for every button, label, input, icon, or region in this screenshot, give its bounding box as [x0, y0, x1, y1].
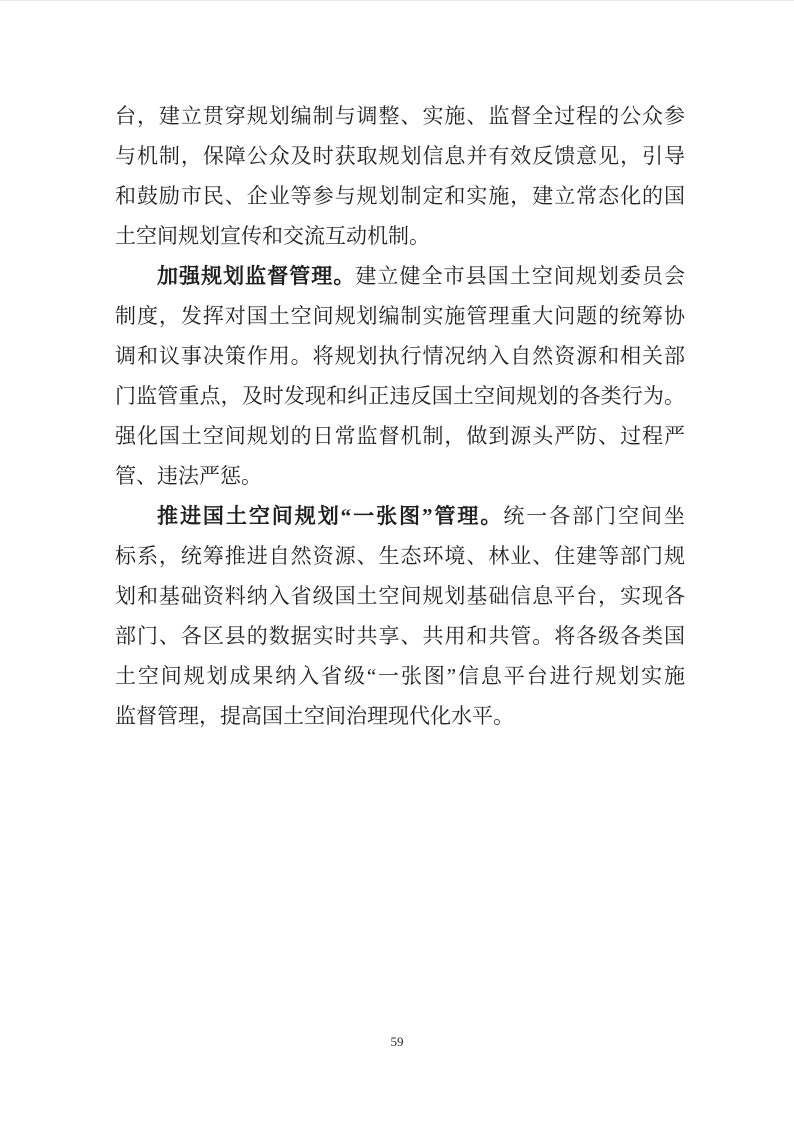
text-line: 监督管理，提高国土空间治理现代化水平。: [115, 696, 685, 736]
text-segment: 部门、各区县的数据实时共享、共用和共管。将各级各类国: [115, 624, 685, 648]
text-segment: 调和议事决策作用。将规划执行情况纳入自然资源和相关部: [115, 344, 685, 368]
text-segment: 与机制，保障公众及时获取规划信息并有效反馈意见，引导: [115, 144, 685, 168]
text-segment: 监督管理，提高国土空间治理现代化水平。: [115, 704, 514, 728]
text-segment: 土空间规划宣传和交流互动机制。: [115, 224, 430, 248]
text-line: 土空间规划宣传和交流互动机制。: [115, 216, 685, 256]
text-segment: 台，建立贯穿规划编制与调整、实施、监督全过程的公众参: [115, 104, 685, 128]
lead-in-emphasis: 推进国土空间规划“一张图”管理。: [157, 504, 503, 528]
text-line: 与机制，保障公众及时获取规划信息并有效反馈意见，引导: [115, 136, 685, 176]
page-number: 59: [0, 1034, 794, 1050]
text-line: 加强规划监督管理。建立健全市县国土空间规划委员会: [115, 256, 685, 296]
text-segment: 和鼓励市民、企业等参与规划制定和实施，建立常态化的国: [115, 184, 685, 208]
text-line: 部门、各区县的数据实时共享、共用和共管。将各级各类国: [115, 616, 685, 656]
text-line: 台，建立贯穿规划编制与调整、实施、监督全过程的公众参: [115, 96, 685, 136]
text-line: 调和议事决策作用。将规划执行情况纳入自然资源和相关部: [115, 336, 685, 376]
paragraph-supervision-management: 加强规划监督管理。建立健全市县国土空间规划委员会制度，发挥对国土空间规划编制实施…: [115, 256, 685, 496]
document-page: 台，建立贯穿规划编制与调整、实施、监督全过程的公众参与机制，保障公众及时获取规划…: [0, 0, 794, 1122]
text-line: 标系，统筹推进自然资源、生态环境、林业、住建等部门规: [115, 536, 685, 576]
text-line: 强化国土空间规划的日常监督机制，做到源头严防、过程严: [115, 416, 685, 456]
text-line: 门监管重点，及时发现和纠正违反国土空间规划的各类行为。: [115, 376, 685, 416]
text-segment: 门监管重点，及时发现和纠正违反国土空间规划的各类行为。: [115, 384, 685, 408]
paragraph-public-participation: 台，建立贯穿规划编制与调整、实施、监督全过程的公众参与机制，保障公众及时获取规划…: [115, 96, 685, 256]
text-line: 推进国土空间规划“一张图”管理。统一各部门空间坐: [115, 496, 685, 536]
text-line: 管、违法严惩。: [115, 456, 685, 496]
paragraph-one-map-management: 推进国土空间规划“一张图”管理。统一各部门空间坐标系，统筹推进自然资源、生态环境…: [115, 496, 685, 736]
text-segment: 强化国土空间规划的日常监督机制，做到源头严防、过程严: [115, 424, 685, 448]
text-segment: 制度，发挥对国土空间规划编制实施管理重大问题的统筹协: [115, 304, 685, 328]
text-line: 和鼓励市民、企业等参与规划制定和实施，建立常态化的国: [115, 176, 685, 216]
text-line: 划和基础资料纳入省级国土空间规划基础信息平台，实现各: [115, 576, 685, 616]
body-text: 台，建立贯穿规划编制与调整、实施、监督全过程的公众参与机制，保障公众及时获取规划…: [115, 96, 685, 736]
text-line: 土空间规划成果纳入省级“一张图”信息平台进行规划实施: [115, 656, 685, 696]
text-segment: 建立健全市县国土空间规划委员会: [355, 264, 685, 288]
text-segment: 标系，统筹推进自然资源、生态环境、林业、住建等部门规: [115, 544, 685, 568]
text-segment: 划和基础资料纳入省级国土空间规划基础信息平台，实现各: [115, 584, 685, 608]
text-segment: 统一各部门空间坐: [503, 504, 685, 528]
lead-in-emphasis: 加强规划监督管理。: [157, 264, 355, 288]
text-segment: 土空间规划成果纳入省级“一张图”信息平台进行规划实施: [115, 664, 685, 688]
text-segment: 管、违法严惩。: [115, 464, 262, 488]
text-line: 制度，发挥对国土空间规划编制实施管理重大问题的统筹协: [115, 296, 685, 336]
